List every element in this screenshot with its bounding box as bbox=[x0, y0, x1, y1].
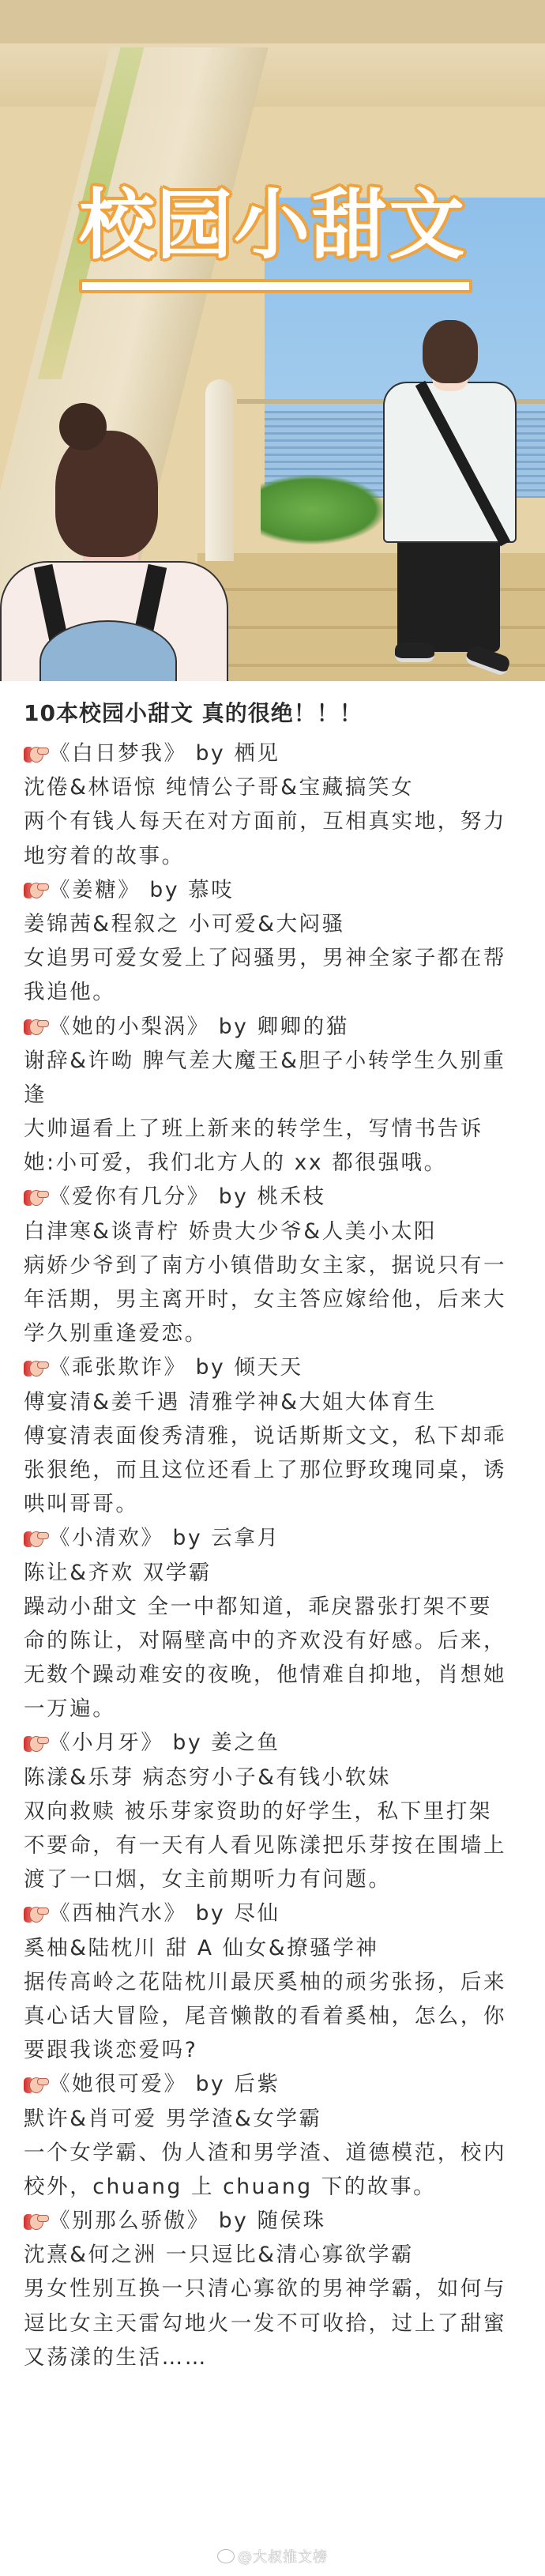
book-summary-line: 年活期，男主离开时，女主答应嫁给他，后来大 bbox=[24, 1282, 529, 1316]
pointing-hand-icon bbox=[24, 2212, 47, 2231]
book-characters: 沈熹&何之洲 一只逗比&清心寡欲学霸 bbox=[24, 2238, 529, 2272]
book-entry: 《姜糖》 by 慕吱姜锦茜&程叙之 小可爱&大闷骚女追男可爱女爱上了闷骚男，男神… bbox=[24, 873, 529, 1010]
book-summary-line: 两个有钱人每天在对方面前，互相真实地，努力 bbox=[24, 804, 529, 838]
book-heading: 《她很可爱》 by 后紫 bbox=[24, 2067, 529, 2101]
pointing-hand-icon bbox=[24, 1188, 47, 1207]
book-summary-line: 哄叫哥哥。 bbox=[24, 1487, 529, 1521]
book-entry: 《别那么骄傲》 by 随侯珠沈熹&何之洲 一只逗比&清心寡欲学霸男女性别互换一只… bbox=[24, 2204, 529, 2375]
pointing-hand-icon bbox=[24, 2075, 47, 2094]
book-summary-line: 张狠绝，而且这位还看上了那位野玫瑰同桌，诱 bbox=[24, 1453, 529, 1487]
book-heading: 《别那么骄傲》 by 随侯珠 bbox=[24, 2204, 529, 2238]
book-summary-line: 学久别重逢爱恋。 bbox=[24, 1316, 529, 1350]
pointing-hand-icon bbox=[24, 880, 47, 899]
post-title: 10本校园小甜文 真的很绝！！！ bbox=[24, 694, 529, 733]
book-heading: 《她的小梨涡》 by 卿卿的猫 bbox=[24, 1010, 529, 1044]
book-entry: 《她很可爱》 by 后紫默许&肖可爱 男学渣&女学霸一个女学霸、伪人渣和男学渣、… bbox=[24, 2067, 529, 2204]
pointing-hand-icon bbox=[24, 1734, 47, 1753]
book-summary-line: 大帅逼看上了班上新来的转学生，写情书告诉 bbox=[24, 1112, 529, 1146]
book-list: 《白日梦我》 by 栖见沈倦&林语惊 纯情公子哥&宝藏搞笑女两个有钱人每天在对方… bbox=[24, 736, 529, 2375]
pointing-hand-icon bbox=[24, 1017, 47, 1036]
watermark: @大叔推文榜 bbox=[0, 2546, 545, 2567]
book-summary-line: 无数个躁动难安的夜晚，他情难自抑地，肖想她 bbox=[24, 1658, 529, 1692]
book-summary-line: 逢 bbox=[24, 1078, 529, 1112]
book-title-author: 《爱你有几分》 by 桃禾枝 bbox=[49, 1180, 326, 1214]
book-heading: 《爱你有几分》 by 桃禾枝 bbox=[24, 1180, 529, 1214]
pointing-hand-icon bbox=[24, 1529, 47, 1548]
book-entry: 《小清欢》 by 云拿月陈让&齐欢 双学霸躁动小甜文 全一中都知道，乖戾嚣张打架… bbox=[24, 1521, 529, 1726]
book-characters: 默许&肖可爱 男学渣&女学霸 bbox=[24, 2102, 529, 2136]
book-title-author: 《白日梦我》 by 栖见 bbox=[49, 736, 280, 770]
book-characters: 奚柚&陆枕川 甜 A 仙女&撩骚学神 bbox=[24, 1931, 529, 1965]
book-entry: 《西柚汽水》 by 尽仙奚柚&陆枕川 甜 A 仙女&撩骚学神据传高岭之花陆枕川最… bbox=[24, 1896, 529, 2067]
watermark-text: @大叔推文榜 bbox=[238, 2549, 328, 2566]
book-summary-line: 双向救赎 被乐芽家资助的好学生，私下里打架 bbox=[24, 1795, 529, 1828]
girl-illustration bbox=[0, 403, 229, 681]
book-summary-line: 一个女学霸、伪人渣和男学渣、道德模范，校内 bbox=[24, 2136, 529, 2170]
boy-illustration bbox=[383, 320, 525, 660]
hair-bun bbox=[59, 403, 107, 450]
book-characters: 谢辞&许呦 脾气差大魔王&胆子小转学生久别重 bbox=[24, 1044, 529, 1078]
girl-hair bbox=[55, 431, 158, 557]
book-characters: 陈让&齐欢 双学霸 bbox=[24, 1556, 529, 1590]
book-title-author: 《乖张欺诈》 by 倾天天 bbox=[49, 1350, 303, 1384]
book-entry: 《乖张欺诈》 by 倾天天傅宴清&姜千遇 清雅学神&大姐大体育生傅宴清表面俊秀清… bbox=[24, 1350, 529, 1521]
book-title-author: 《西柚汽水》 by 尽仙 bbox=[49, 1896, 280, 1930]
hero-title: 校园小甜文 bbox=[79, 178, 466, 304]
book-summary-line: 据传高岭之花陆枕川最厌奚柚的顽劣张扬，后来 bbox=[24, 1965, 529, 1999]
book-summary-line: 渡了一口烟，女主前期听力有问题。 bbox=[24, 1862, 529, 1896]
book-summary-line: 男女性别互换一只清心寡欲的男神学霸，如何与 bbox=[24, 2272, 529, 2306]
book-title-author: 《小月牙》 by 姜之鱼 bbox=[49, 1726, 280, 1760]
book-summary-line: 地穷着的故事。 bbox=[24, 839, 529, 873]
book-entry: 《白日梦我》 by 栖见沈倦&林语惊 纯情公子哥&宝藏搞笑女两个有钱人每天在对方… bbox=[24, 736, 529, 873]
book-title-author: 《她很可爱》 by 后紫 bbox=[49, 2067, 280, 2101]
book-heading: 《小月牙》 by 姜之鱼 bbox=[24, 1726, 529, 1760]
pointing-hand-icon bbox=[24, 1358, 47, 1377]
bush bbox=[261, 474, 387, 545]
hero-title-text: 校园小甜文 bbox=[79, 178, 466, 273]
book-entry: 《小月牙》 by 姜之鱼陈漾&乐芽 病态穷小子&有钱小软妹双向救赎 被乐芽家资助… bbox=[24, 1726, 529, 1896]
book-characters: 沈倦&林语惊 纯情公子哥&宝藏搞笑女 bbox=[24, 770, 529, 804]
book-heading: 《姜糖》 by 慕吱 bbox=[24, 873, 529, 907]
book-heading: 《小清欢》 by 云拿月 bbox=[24, 1521, 529, 1555]
book-characters: 傅宴清&姜千遇 清雅学神&大姐大体育生 bbox=[24, 1385, 529, 1419]
book-heading: 《乖张欺诈》 by 倾天天 bbox=[24, 1350, 529, 1384]
book-summary-line: 女追男可爱女爱上了闷骚男，男神全家子都在帮 bbox=[24, 941, 529, 975]
book-heading: 《西柚汽水》 by 尽仙 bbox=[24, 1896, 529, 1930]
ceiling bbox=[0, 0, 545, 43]
boy-pants bbox=[397, 533, 500, 652]
book-summary-line: 校外，chuang 上 chuang 下的故事。 bbox=[24, 2170, 529, 2204]
book-title-author: 《别那么骄傲》 by 随侯珠 bbox=[49, 2204, 326, 2238]
book-summary-line: 傅宴清表面俊秀清雅，说话斯斯文文，私下却乖 bbox=[24, 1419, 529, 1453]
book-summary-line: 一万遍。 bbox=[24, 1692, 529, 1726]
ceiling-beam bbox=[0, 43, 545, 107]
book-summary-line: 不要命，有一天有人看见陈漾把乐芽按在围墙上 bbox=[24, 1828, 529, 1862]
shoe bbox=[395, 642, 434, 662]
boy-hair bbox=[423, 320, 478, 383]
book-summary-line: 躁动小甜文 全一中都知道，乖戾嚣张打架不要 bbox=[24, 1590, 529, 1624]
book-characters: 白津寒&谈青柠 娇贵大少爷&人美小太阳 bbox=[24, 1215, 529, 1248]
book-summary-line: 病娇少爷到了南方小镇借助女主家，据说只有一 bbox=[24, 1248, 529, 1282]
hero-image: 校园小甜文 bbox=[0, 0, 545, 681]
book-characters: 姜锦茜&程叙之 小可爱&大闷骚 bbox=[24, 907, 529, 941]
book-summary-line: 我追他。 bbox=[24, 975, 529, 1009]
book-title-author: 《姜糖》 by 慕吱 bbox=[49, 873, 234, 907]
book-heading: 《白日梦我》 by 栖见 bbox=[24, 736, 529, 770]
book-title-author: 《小清欢》 by 云拿月 bbox=[49, 1521, 280, 1555]
pointing-hand-icon bbox=[24, 744, 47, 763]
book-entry: 《爱你有几分》 by 桃禾枝白津寒&谈青柠 娇贵大少爷&人美小太阳病娇少爷到了南… bbox=[24, 1180, 529, 1350]
book-summary-line: 命的陈让，对隔壁高中的齐欢没有好感。后来， bbox=[24, 1624, 529, 1658]
hero-title-underline bbox=[79, 279, 472, 293]
weibo-icon bbox=[217, 2549, 235, 2563]
book-summary-line: 逗比女主天雷勾地火一发不可收拾，过上了甜蜜 bbox=[24, 2307, 529, 2341]
post-body: 10本校园小甜文 真的很绝！！！ 《白日梦我》 by 栖见沈倦&林语惊 纯情公子… bbox=[24, 694, 529, 2375]
book-summary-line: 她:小可爱，我们北方人的 xx 都很强哦。 bbox=[24, 1146, 529, 1180]
book-summary-line: 要跟我谈恋爱吗? bbox=[24, 2033, 529, 2067]
book-summary-line: 又荡漾的生活…… bbox=[24, 2341, 529, 2375]
book-summary-line: 真心话大冒险，尾音懒散的看着奚柚，怎么，你 bbox=[24, 1999, 529, 2033]
book-title-author: 《她的小梨涡》 by 卿卿的猫 bbox=[49, 1010, 349, 1044]
book-characters: 陈漾&乐芽 病态穷小子&有钱小软妹 bbox=[24, 1761, 529, 1795]
pointing-hand-icon bbox=[24, 1904, 47, 1923]
book-entry: 《她的小梨涡》 by 卿卿的猫谢辞&许呦 脾气差大魔王&胆子小转学生久别重逢大帅… bbox=[24, 1010, 529, 1181]
